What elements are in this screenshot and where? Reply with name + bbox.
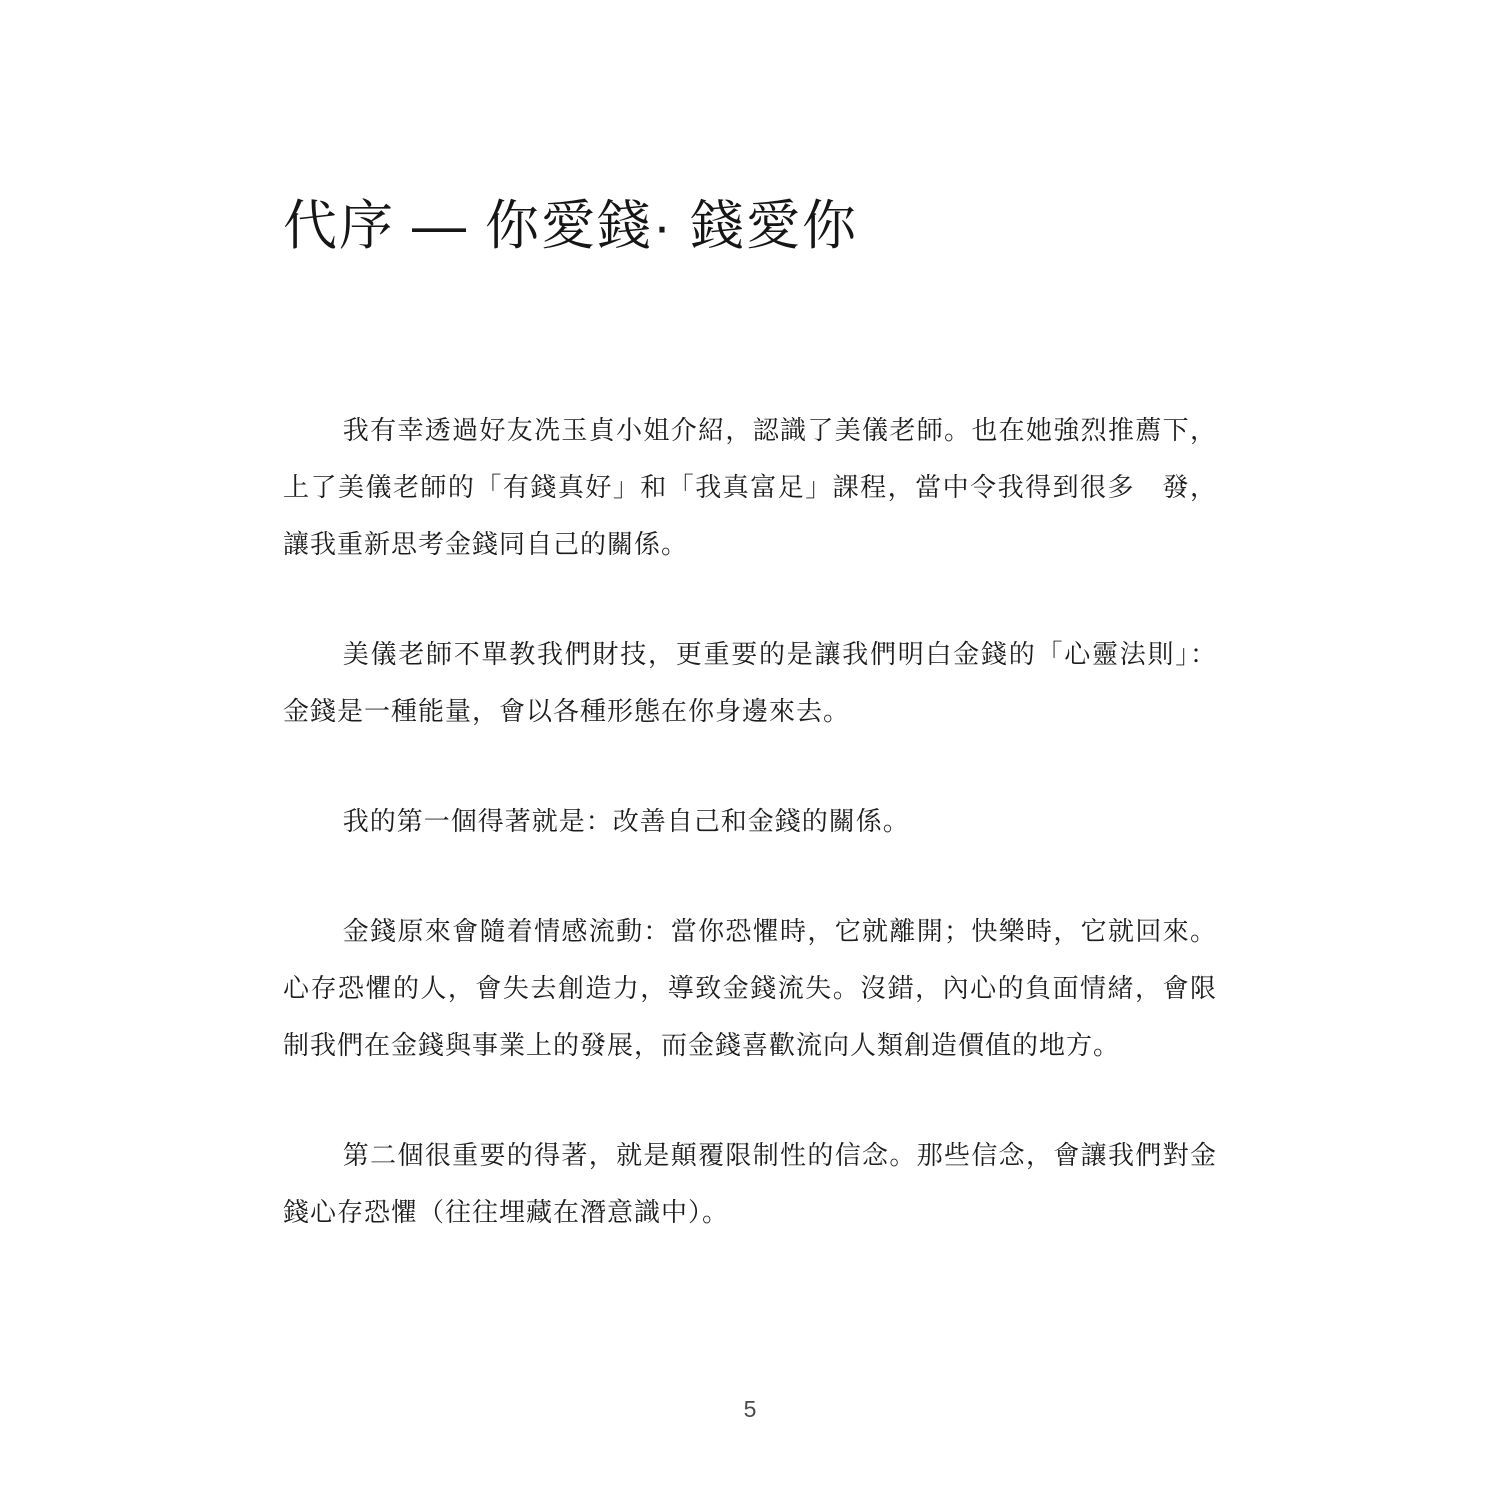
paragraph: 金錢原來會隨着情感流動：當你恐懼時，它就離開；快樂時，它就回來。心存恐懼的人，會… [283, 903, 1217, 1074]
paragraph: 美儀老師不單教我們財技，更重要的是讓我們明白金錢的「心靈法則」：金錢是一種能量，… [283, 626, 1217, 740]
page-number: 5 [0, 1396, 1500, 1423]
paragraph: 第二個很重要的得著，就是顛覆限制性的信念。那些信念，會讓我們對金錢心存恐懼（往往… [283, 1127, 1217, 1241]
body-text: 我有幸透過好友冼玉貞小姐介紹，認識了美儀老師。也在她強烈推薦下，上了美儀老師的「… [283, 402, 1217, 1294]
paragraph: 我有幸透過好友冼玉貞小姐介紹，認識了美儀老師。也在她強烈推薦下，上了美儀老師的「… [283, 402, 1217, 573]
paragraph: 我的第一個得著就是：改善自己和金錢的關係。 [283, 793, 1217, 850]
book-page: 代序 — 你愛錢· 錢愛你 我有幸透過好友冼玉貞小姐介紹，認識了美儀老師。也在她… [0, 0, 1500, 1500]
page-title: 代序 — 你愛錢· 錢愛你 [283, 183, 858, 260]
